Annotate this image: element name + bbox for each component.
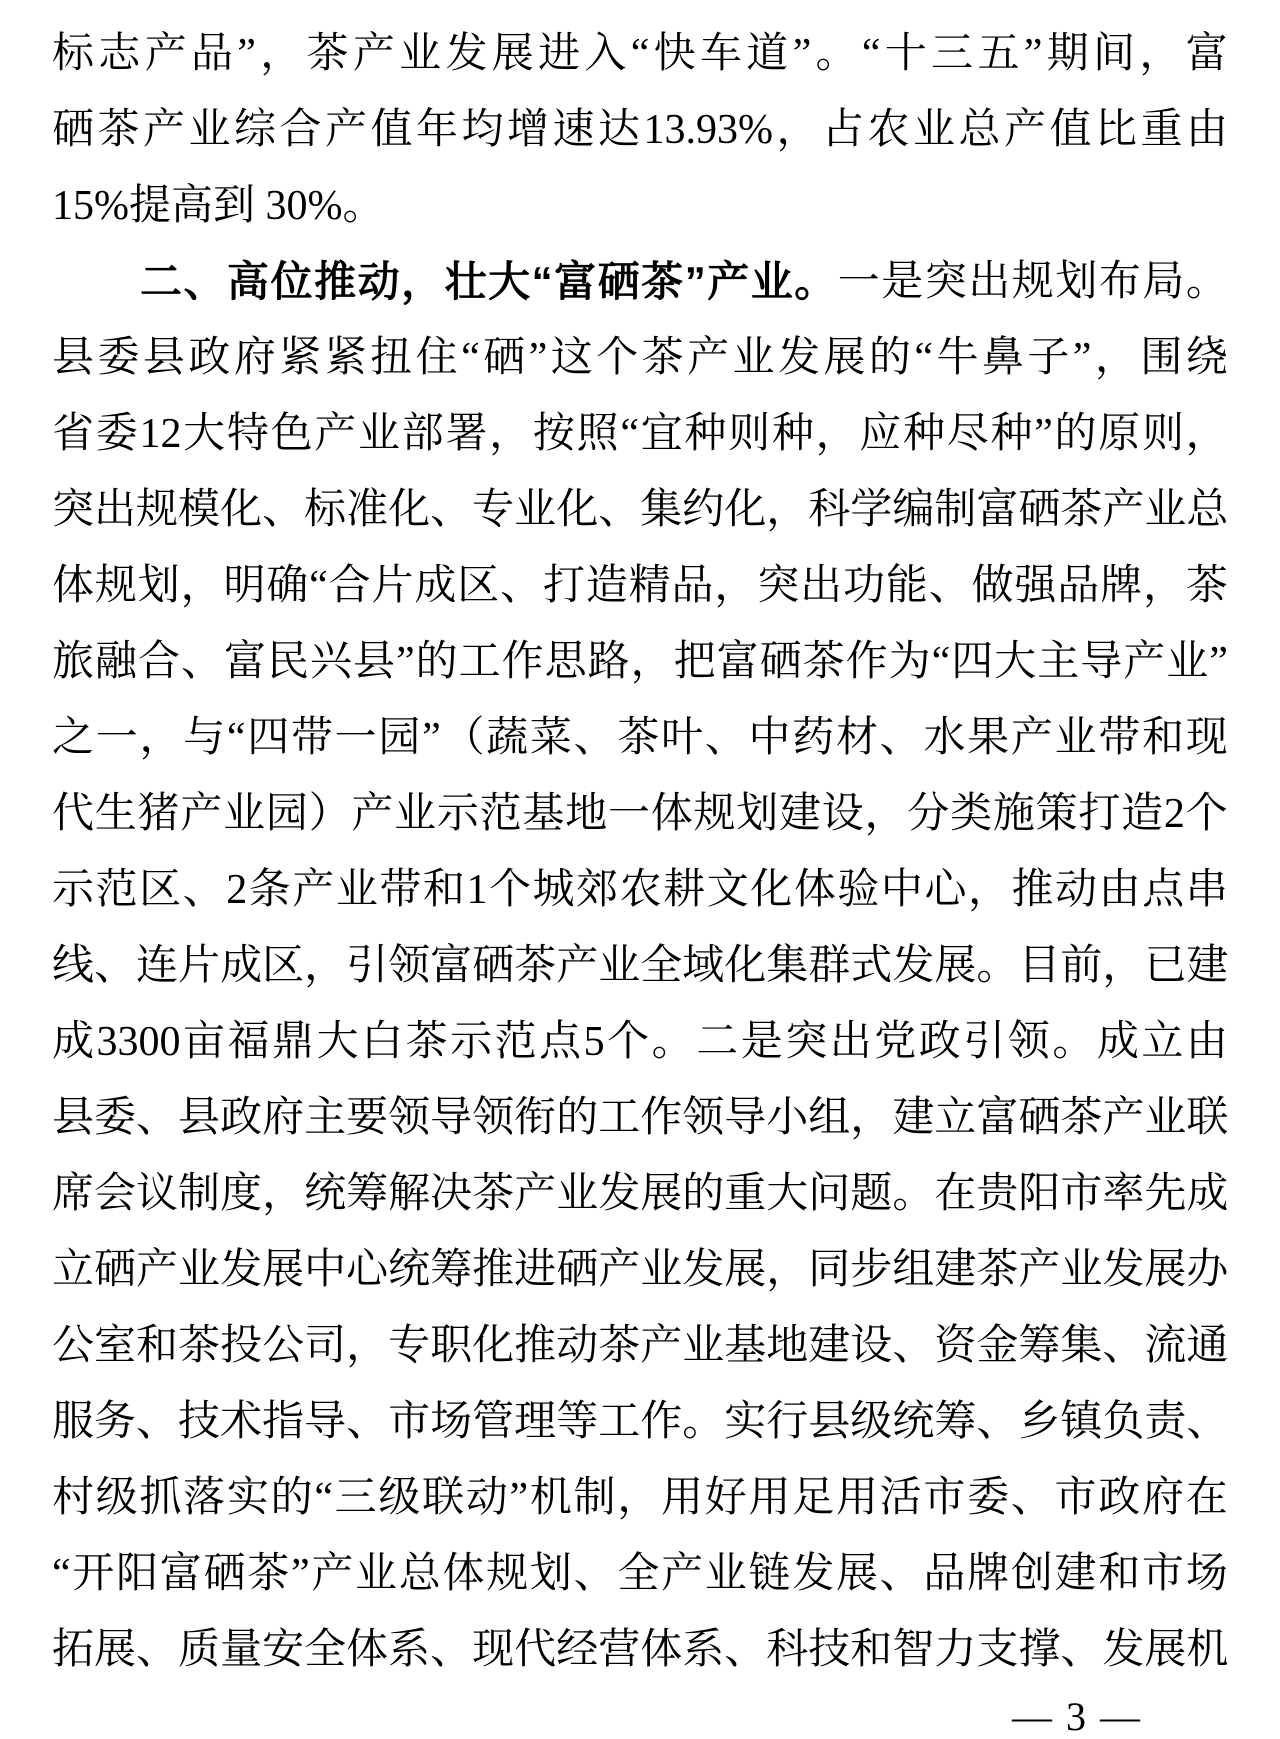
- text-line: 15%提高到 30%。: [52, 168, 1228, 244]
- text-line: 公室和茶投公司，专职化推动茶产业基地建设、资金筹集、流通: [52, 1308, 1228, 1384]
- text-line: 示范区、2条产业带和1个城郊农耕文化体验中心，推动由点串: [52, 852, 1228, 928]
- page-number-text: — 3 —: [1012, 1694, 1142, 1739]
- text-line: 拓展、质量安全体系、现代经营体系、科技和智力支撑、发展机: [52, 1612, 1228, 1688]
- document-page: 标志产品”，茶产业发展进入“快车道”。“十三五”期间，富 硒茶产业综合产值年均增…: [0, 0, 1280, 1738]
- page-number: — 3 —: [52, 1696, 1228, 1738]
- text-line: 突出规模化、标准化、专业化、集约化，科学编制富硒茶产业总: [52, 472, 1228, 548]
- text-line: 标志产品”，茶产业发展进入“快车道”。“十三五”期间，富: [52, 16, 1228, 92]
- text-line: 立硒产业发展中心统筹推进硒产业发展，同步组建茶产业发展办: [52, 1232, 1228, 1308]
- text-line: 体规划，明确“合片成区、打造精品，突出功能、做强品牌，茶: [52, 548, 1228, 624]
- text-line: 服务、技术指导、市场管理等工作。实行县级统筹、乡镇负责、: [52, 1384, 1228, 1460]
- text-line: 硒茶产业综合产值年均增速达13.93%，占农业总产值比重由: [52, 92, 1228, 168]
- text-line: 席会议制度，统筹解决茶产业发展的重大问题。在贵阳市率先成: [52, 1156, 1228, 1232]
- text-line: 代生猪产业园）产业示范基地一体规划建设，分类施策打造2个: [52, 776, 1228, 852]
- text-line: 成3300亩福鼎大白茶示范点5个。二是突出党政引领。成立由: [52, 1004, 1228, 1080]
- text-line: 线、连片成区，引领富硒茶产业全域化集群式发展。目前，已建: [52, 928, 1228, 1004]
- text-line: “开阳富硒茶”产业总体规划、全产业链发展、品牌创建和市场: [52, 1536, 1228, 1612]
- line-text: 15%提高到 30%。: [52, 183, 384, 229]
- text-line: 村级抓落实的“三级联动”机制，用好用足用活市委、市政府在: [52, 1460, 1228, 1536]
- section-heading-line: 二、高位推动，壮大“富硒茶”产业。一是突出规划布局。: [52, 244, 1228, 320]
- text-line: 之一，与“四带一园”（蔬菜、茶叶、中药材、水果产业带和现: [52, 700, 1228, 776]
- text-line: 省委12大特色产业部署，按照“宜种则种，应种尽种”的原则，: [52, 396, 1228, 472]
- text-line: 县委、县政府主要领导领衔的工作领导小组，建立富硒茶产业联: [52, 1080, 1228, 1156]
- text-line: 旅融合、富民兴县”的工作思路，把富硒茶作为“四大主导产业”: [52, 624, 1228, 700]
- text-line: 县委县政府紧紧扭住“硒”这个茶产业发展的“牛鼻子”，围绕: [52, 320, 1228, 396]
